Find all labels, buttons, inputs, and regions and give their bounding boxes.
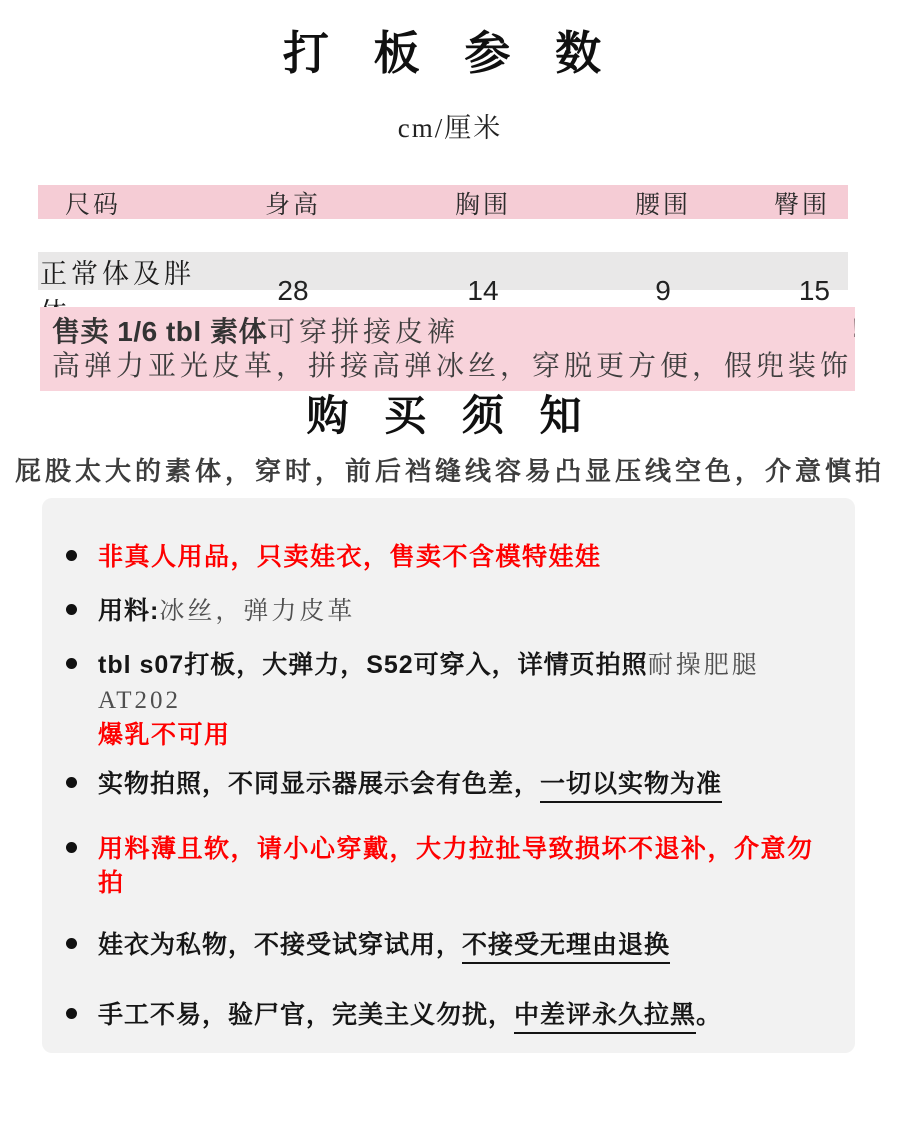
- info-line-1: 售卖 1/6 tbl 素体可穿拼接皮裤: [52, 315, 855, 350]
- note-main: 娃衣为私物，不接受试穿试用，: [98, 931, 462, 959]
- bullet-dot-icon: [66, 777, 77, 788]
- note-underlined-text: 中差评永久拉黑: [514, 1001, 696, 1034]
- product-detail-page: 打 板 参 数 cm/厘米 尺码 身高 胸围 腰围 臀围 正常体及胖体 28 1…: [0, 0, 900, 1139]
- note-item-color-difference: 实物拍照，不同显示器展示会有色差，一切以实物为准: [66, 767, 835, 801]
- clipped-exclamation-mark: !: [852, 313, 855, 344]
- note-line-2: 爆乳不可用: [98, 718, 835, 752]
- size-value-chest: 14: [378, 275, 588, 307]
- note-text: 娃衣为私物，不接受试穿试用，不接受无理由退换: [98, 928, 670, 962]
- note-text: 手工不易，验尸官，完美主义勿扰，中差评永久拉黑。: [98, 998, 722, 1032]
- page-title: 打 板 参 数: [0, 0, 900, 80]
- bullet-dot-icon: [66, 604, 77, 615]
- note-label: 用料:: [98, 597, 159, 625]
- col-header-hip: 臀围: [738, 185, 848, 221]
- note-item-fragile-material: 用料薄且软，请小心穿戴，大力拉扯导致损坏不退补，介意勿拍: [66, 832, 835, 900]
- bullet-dot-icon: [66, 658, 77, 669]
- note-item-handmade-blacklist: 手工不易，验尸官，完美主义勿扰，中差评永久拉黑。: [66, 998, 835, 1032]
- note-text: 用料薄且软，请小心穿戴，大力拉扯导致损坏不退补，介意勿拍: [98, 832, 835, 900]
- size-value-height: 28: [208, 275, 378, 307]
- note-underlined-text: 一切以实物为准: [540, 770, 722, 803]
- bullet-dot-icon: [66, 1008, 77, 1019]
- note-item-materials: 用料:冰丝，弹力皮革: [66, 594, 835, 629]
- size-table-header-row: 尺码 身高 胸围 腰围 臀围: [38, 185, 848, 219]
- note-item-pattern-fit: tbl s07打板，大弹力，S52可穿入，详情页拍照耐操肥腿AT202 爆乳不可…: [66, 648, 835, 752]
- note-main: tbl s07打板，大弹力，S52可穿入，详情页拍照: [98, 651, 648, 679]
- col-header-size: 尺码: [38, 185, 208, 221]
- purchase-notes-box: 非真人用品，只卖娃衣，售卖不含模特娃娃 用料:冰丝，弹力皮革 tbl s07打板…: [42, 498, 855, 1053]
- note-red-text: 爆乳不可用: [98, 721, 231, 749]
- bullet-dot-icon: [66, 550, 77, 561]
- bullet-dot-icon: [66, 842, 77, 853]
- note-item-no-returns: 娃衣为私物，不接受试穿试用，不接受无理由退换: [66, 928, 835, 962]
- note-red-text: 用料薄且软，请小心穿戴，大力拉扯导致损坏不退补，介意勿拍: [98, 835, 814, 897]
- note-main: 手工不易，验尸官，完美主义勿扰，: [98, 1001, 514, 1029]
- unit-label: cm/厘米: [0, 106, 900, 145]
- col-header-waist: 腰围: [588, 185, 738, 221]
- info-line-1-rest: 可穿拼接皮裤: [267, 317, 459, 348]
- size-value-hip: 15: [738, 275, 848, 307]
- note-period: 。: [696, 1001, 722, 1029]
- size-value-waist: 9: [588, 275, 738, 307]
- note-text: 用料:冰丝，弹力皮革: [98, 594, 355, 629]
- bullet-dot-icon: [66, 938, 77, 949]
- section-title-purchase-notes: 购 买 须 知: [0, 393, 900, 439]
- col-header-height: 身高: [208, 185, 378, 221]
- info-line-2: 高弹力亚光皮革，拼接高弹冰丝，穿脱更方便，假兜装饰: [52, 350, 855, 384]
- fit-warning-line: 屁股太大的素体，穿时，前后裆缝线容易凸显压线空色，介意慎拍: [0, 451, 900, 488]
- note-text: tbl s07打板，大弹力，S52可穿入，详情页拍照耐操肥腿AT202 爆乳不可…: [98, 648, 835, 752]
- product-info-box: 售卖 1/6 tbl 素体可穿拼接皮裤 高弹力亚光皮革，拼接高弹冰丝，穿脱更方便…: [40, 307, 855, 391]
- note-line-1: tbl s07打板，大弹力，S52可穿入，详情页拍照耐操肥腿AT202: [98, 648, 835, 718]
- size-table-data-row: 正常体及胖体 28 14 9 15: [38, 252, 848, 290]
- note-detail: 冰丝，弹力皮革: [159, 598, 355, 625]
- col-header-chest: 胸围: [378, 185, 588, 221]
- note-text: 非真人用品，只卖娃衣，售卖不含模特娃娃: [98, 540, 602, 574]
- note-red-text: 非真人用品，只卖娃衣，售卖不含模特娃娃: [98, 543, 602, 571]
- note-underlined-text: 不接受无理由退换: [462, 931, 670, 964]
- note-text: 实物拍照，不同显示器展示会有色差，一切以实物为准: [98, 767, 722, 801]
- info-line-1-bold: 售卖 1/6 tbl 素体: [52, 316, 267, 347]
- note-main: 实物拍照，不同显示器展示会有色差，: [98, 770, 540, 798]
- size-table: 尺码 身高 胸围 腰围 臀围 正常体及胖体 28 14 9 15: [38, 185, 848, 290]
- note-item-not-for-humans: 非真人用品，只卖娃衣，售卖不含模特娃娃: [66, 540, 835, 574]
